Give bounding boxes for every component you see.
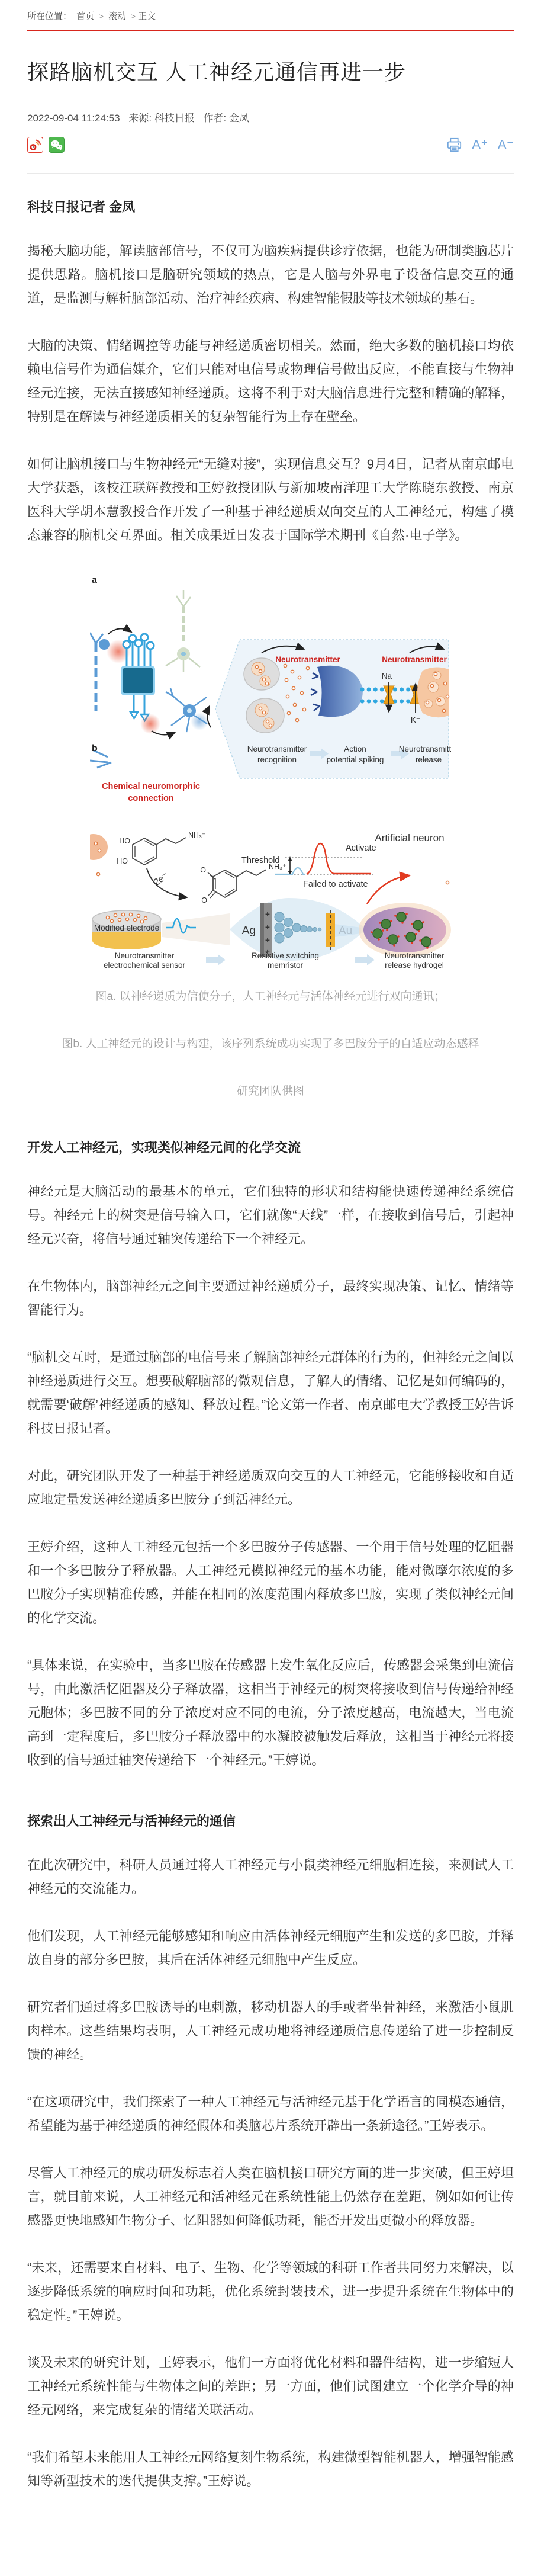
weibo-icon [27,137,43,153]
paragraph: 在此次研究中，科研人员通过将人工神经元与小鼠类神经元细胞相连接，来测试人工神经元… [27,1853,514,1901]
biological-neurons [166,590,208,732]
activate-label: Activate [346,843,376,853]
svg-text:release: release [416,755,442,764]
failed-to-activate-label: Failed to activate [303,880,368,889]
na-ion-label: Na⁺ [382,672,396,681]
panel-a-label: a [92,575,97,585]
artificial-neuron-label: Artificial neuron [375,832,444,843]
paragraph: “我们希望未来能用人工神经元网络复刻生物系统，构建微型智能机器人，增强智能感知等… [27,2446,514,2493]
font-larger-button[interactable]: A⁺ [472,138,488,152]
reading-tools: A⁺ A⁻ [446,137,514,153]
article-source: 来源: 科技日报 [128,113,194,124]
step-arrow-icon [206,954,226,965]
svg-text:potential spiking: potential spiking [327,755,384,764]
font-smaller-button[interactable]: A⁻ [498,138,514,152]
section-heading-2: 探索出人工神经元与活神经元的通信 [27,1811,514,1830]
breadcrumb-home[interactable]: 首页 [76,11,94,21]
two-electron-label: 2e⁻ [152,871,170,888]
paragraph: 对此，研究团队开发了一种基于神经递质双向交互的人工神经元，它能够接收和自适应地定… [27,1464,514,1512]
paragraph: 大脑的决策、情绪调控等功能与神经递质密切相关。然而，绝大多数的脑机接口均依赖电信… [27,334,514,429]
silver-electrode-label: Ag [242,925,256,937]
print-button[interactable] [446,137,462,153]
threshold-diagram: Threshold Activate Failed to activate [241,843,376,889]
svg-text:+: + [265,923,270,932]
paragraph: 谈及未来的研究计划，王婷表示，他们一方面将优化材料和器件结构，进一步缩短人工神经… [27,2351,514,2422]
red-divider [27,30,514,31]
paragraph: “脑机交互时，是通过脑部的电信号来了解脑部神经元群体的行为的，但神经元之间以神经… [27,1346,514,1441]
hydrogel-label: Neurotransmitter [385,951,445,960]
chemical-connection-label: Chemical neuromorphic [102,782,200,791]
breadcrumb-separator: > [131,12,136,21]
step-arrow-icon [355,954,375,965]
svg-text:electrochemical sensor: electrochemical sensor [104,961,186,969]
figure-credit: 研究团队供图 [27,1085,514,1099]
panel-b-label: b [92,743,98,753]
paragraph: 神经元是大脑活动的最基本的单元，它们独特的形状和结构能快速传递神经系统信号。神经… [27,1180,514,1251]
recognition-label: Neurotransmitter [247,745,307,753]
svg-text:HO: HO [117,857,128,865]
paragraph: 如何让脑机接口与生物神经元“无缝对接”，实现信息交互？9月4日，记者从南京邮电大… [27,453,514,547]
memristor-label: Resistive switching [252,951,319,960]
wechat-share-button[interactable] [49,137,65,153]
svg-text:memristor: memristor [268,961,304,969]
figure-caption-b: 图b. 人工神经元的设计与构建，该序列系统成功实现了多巴胺分子的自适应动态感释 [27,1037,514,1051]
svg-text:connection: connection [128,794,173,803]
svg-text:release hydrogel: release hydrogel [385,961,444,969]
paragraph: 揭秘大脑功能，解读脑部信号，不仅可为脑疾病提供诊疗依据，也能为研制类脑芯片提供思… [27,239,514,310]
breadcrumb-current: 正文 [138,11,156,21]
breadcrumb-prefix: 所在位置： [27,11,72,21]
page-title: 探路脑机交互 人工神经元通信再进一步 [27,58,514,87]
paragraph: 尽管人工神经元的成功研发标志着人类在脑机接口研究方面的进一步突破，但王婷坦言，就… [27,2161,514,2232]
article-author: 作者: 金凤 [204,113,249,124]
sensor-label: Neurotransmitter [115,951,175,960]
wechat-icon [49,137,65,153]
svg-text:recognition: recognition [257,755,297,764]
neurotransmitter-label-right: Neurotransmitter [382,655,447,664]
paragraph: 研究者们通过将多巴胺诱导的电刺激，移动机器人的手或者坐骨神经，来激活小鼠肌肉样本… [27,1996,514,2067]
k-ion-label: K⁺ [411,716,420,724]
ho-label: HO [119,837,130,845]
release-arrow [367,875,410,904]
toolbar: A⁺ A⁻ [27,136,514,154]
breadcrumb-channel[interactable]: 滚动 [108,11,126,21]
paragraph: “具体来说，在实验中，当多巴胺在传感器上发生氧化反应后，传感器会采集到电流信号，… [27,1654,514,1772]
device-step-labels: Neurotransmitter electrochemical sensor … [104,951,445,969]
nh3-label: NH₃⁺ [188,831,206,839]
spiking-label: Action [344,745,366,753]
paragraph: “在这项研究中，我们探索了一种人工神经元与活神经元基于化学语言的同模态通信，希望… [27,2090,514,2138]
figure-caption-a: 图a. 以神经递质为信使分子，人工神经元与活体神经元进行双向通讯； [27,990,514,1004]
research-figure: a [90,573,451,972]
dopamine-chemistry: HO HO NH₃⁺ 2e⁻ O O NH₃⁺ [90,831,286,904]
o-label: O [200,866,206,874]
section-divider [27,173,514,174]
artificial-neuron-device: Modified electrode + + + + Ag Au [92,875,451,961]
byline: 科技日报记者 金凤 [27,197,514,216]
neurotransmitter-label-left: Neurotransmitter [275,655,340,664]
paragraph: “未来，还需要来自材料、电子、生物、化学等领域的科研工作者共同努力来解决，以逐步… [27,2256,514,2327]
paragraph: 在生物体内，脑部神经元之间主要通过神经递质分子，最终实现决策、记忆、情绪等智能行… [27,1275,514,1322]
threshold-label: Threshold [241,856,279,865]
neuromorphic-chip-cluster [90,628,175,768]
breadcrumb: 所在位置： 首页 > 滚动 > 正文 [27,9,514,22]
breadcrumb-separator: > [99,12,104,21]
weibo-share-button[interactable] [27,137,43,153]
research-figure-image: a [90,573,451,969]
modified-electrode-label: Modified electrode [94,923,159,932]
share-buttons [27,137,65,153]
printer-icon [446,137,462,153]
paragraph: 他们发现，人工神经元能够感知和响应由活体神经元细胞产生和发送的多巴胺，并释放自身… [27,1924,514,1972]
publish-date: 2022-09-04 11:24:53 [27,113,120,124]
release-label: Neurotransmitter [399,745,451,753]
article-page: 所在位置： 首页 > 滚动 > 正文 探路脑机交互 人工神经元通信再进一步 20… [0,0,541,2511]
paragraph: 王婷介绍，这种人工神经元包括一个多巴胺分子传感器、一个用于信号处理的忆阻器和一个… [27,1535,514,1630]
svg-text:+: + [265,936,270,945]
section-heading-1: 开发人工神经元，实现类似神经元间的化学交流 [27,1138,514,1156]
synapse-inset: Neurotransmitter Na⁺ K⁺ Neurotransmitt [215,640,451,778]
svg-text:+: + [265,910,270,919]
svg-text:O: O [201,896,207,904]
article-meta: 2022-09-04 11:24:53 来源: 科技日报 作者: 金凤 [27,110,514,124]
